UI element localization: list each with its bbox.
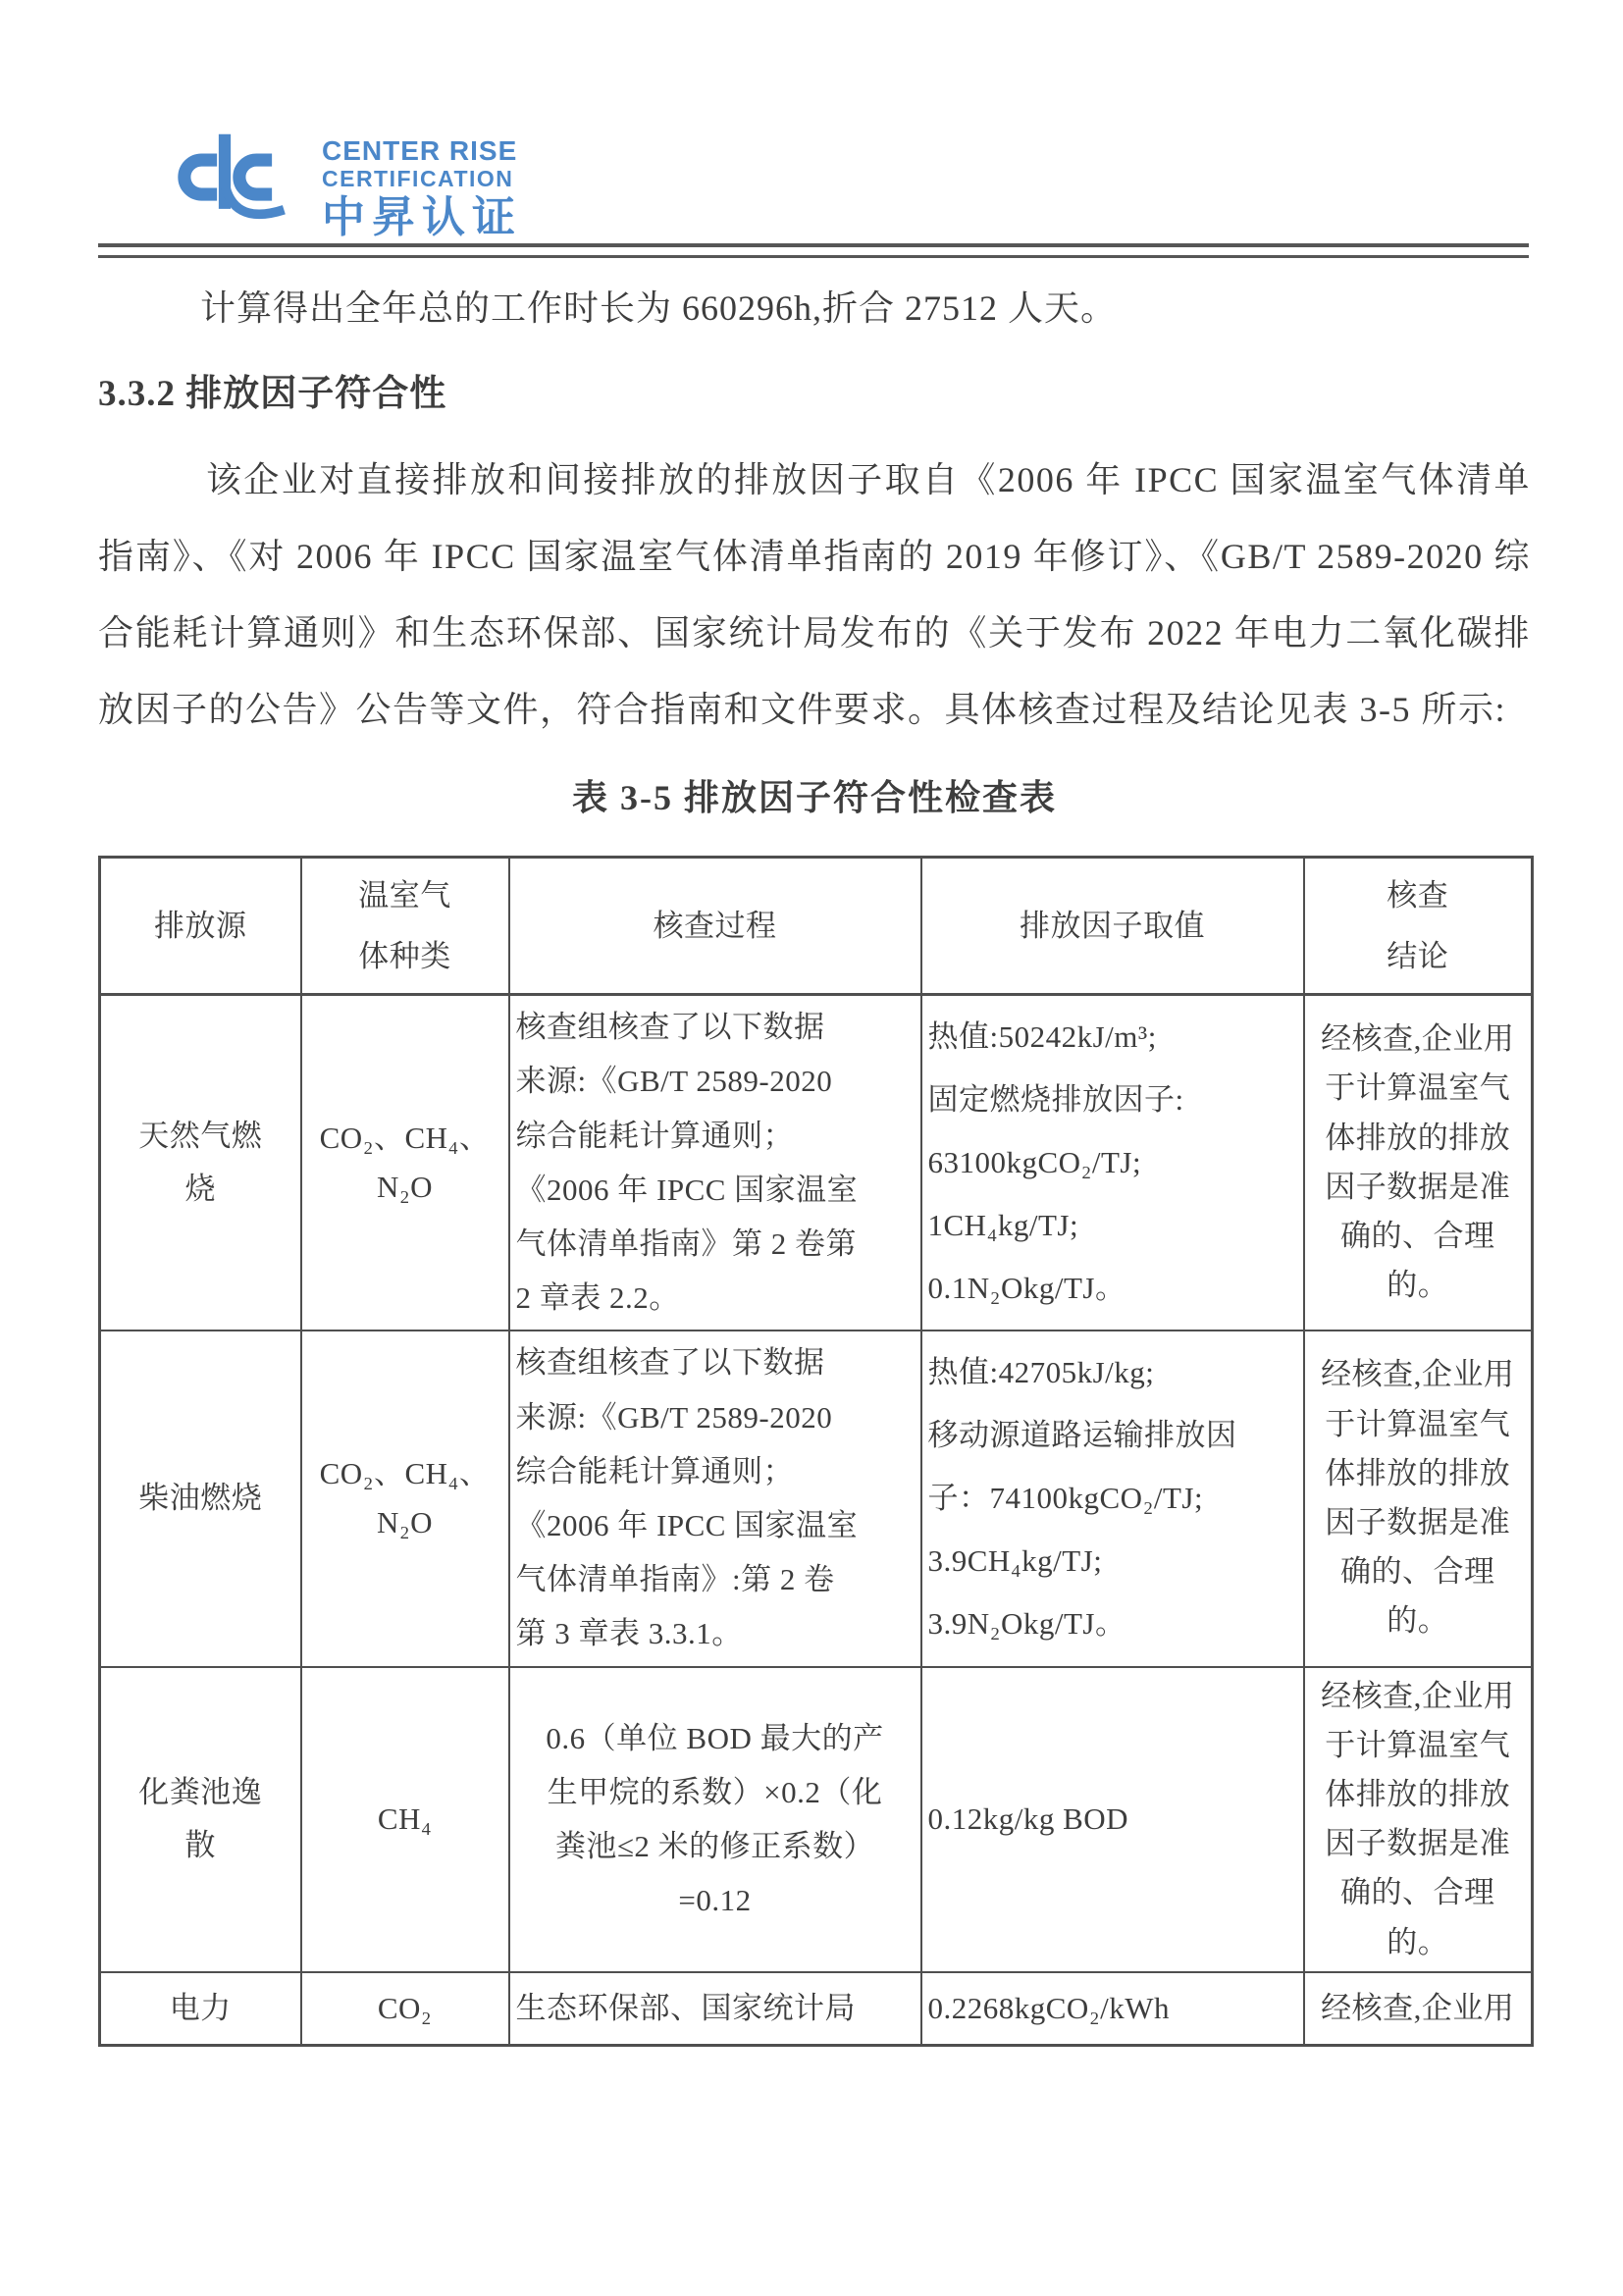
cell-factors: 热值:42705kJ/kg; 移动源道路运输排放因 子：74100kgCO₂/T… xyxy=(921,1331,1304,1667)
cell-source: 柴油燃烧 xyxy=(100,1331,301,1667)
company-logo: CENTER RISE CERTIFICATION 中昇认证 xyxy=(165,126,522,239)
logo-name-en-2: CERTIFICATION xyxy=(322,168,522,190)
table-row-diesel: 柴油燃烧 CO₂、CH₄、N₂O 核查组核查了以下数据 来源:《GB/T 258… xyxy=(100,1331,1533,1667)
logo-name-en-1: CENTER RISE xyxy=(322,137,522,165)
cell-conclusion: 经核查,企业用 于计算温室气 体排放的排放 因子数据是准 确的、合理的。 xyxy=(1304,1667,1533,1972)
page-content: 计算得出全年总的工作时长为 660296h,折合 27512 人天。 3.3.2… xyxy=(98,283,1531,2047)
cell-process: 核查组核查了以下数据 来源:《GB/T 2589-2020 综合能耗计算通则； … xyxy=(509,995,921,1331)
emission-factor-check-table: 排放源 温室气 体种类 核查过程 排放因子取值 核查 结论 天然气燃 烧 CO₂… xyxy=(98,856,1534,2047)
table-row-electricity: 电力 CO₂ 生态环保部、国家统计局 0.2268kgCO₂/kWh 经核查,企… xyxy=(100,1972,1533,2045)
cell-gas: CH₄ xyxy=(301,1667,509,1972)
header-divider xyxy=(98,243,1529,258)
header-gas: 温室气 体种类 xyxy=(301,858,509,995)
header-source: 排放源 xyxy=(100,858,301,995)
cell-conclusion: 经核查,企业用 xyxy=(1304,1972,1533,2045)
cell-gas: CO₂、CH₄、N₂O xyxy=(301,995,509,1331)
table-header-row: 排放源 温室气 体种类 核查过程 排放因子取值 核查 结论 xyxy=(100,858,1533,995)
cell-process: 核查组核查了以下数据 来源:《GB/T 2589-2020 综合能耗计算通则； … xyxy=(509,1331,921,1667)
cell-process: 0.6（单位 BOD 最大的产 生甲烷的系数）×0.2（化 粪池≤2 米的修正系… xyxy=(509,1667,921,1972)
header-process: 核查过程 xyxy=(509,858,921,995)
cell-conclusion: 经核查,企业用 于计算温室气 体排放的排放 因子数据是准 确的、合理的。 xyxy=(1304,995,1533,1331)
section-heading: 3.3.2 排放因子符合性 xyxy=(98,369,1531,420)
cell-gas: CO₂ xyxy=(301,1972,509,2045)
cell-source: 天然气燃 烧 xyxy=(100,995,301,1331)
paragraph-worktime: 计算得出全年总的工作时长为 660296h,折合 27512 人天。 xyxy=(98,283,1531,334)
header-conclusion: 核查 结论 xyxy=(1304,858,1533,995)
cell-gas: CO₂、CH₄、N₂O xyxy=(301,1331,509,1667)
document-page: CENTER RISE CERTIFICATION 中昇认证 计算得出全年总的工… xyxy=(0,0,1623,2296)
logo-name-cn: 中昇认证 xyxy=(322,196,522,239)
cell-factors: 热值:50242kJ/m³; 固定燃烧排放因子: 63100kgCO₂/TJ; … xyxy=(921,995,1304,1331)
cell-source: 电力 xyxy=(100,1972,301,2045)
header-factors: 排放因子取值 xyxy=(921,858,1304,995)
cell-conclusion: 经核查,企业用 于计算温室气 体排放的排放 因子数据是准 确的、合理的。 xyxy=(1304,1331,1533,1667)
paragraph-emission-factors: 该企业对直接排放和间接排放的排放因子取自《2006 年 IPCC 国家温室气体清… xyxy=(98,442,1531,748)
cell-source: 化粪池逸 散 xyxy=(100,1667,301,1972)
table-caption: 表 3-5 排放因子符合性检查表 xyxy=(98,773,1531,822)
cell-factors: 0.12kg/kg BOD xyxy=(921,1667,1304,1972)
crc-logo-icon xyxy=(165,126,312,229)
cell-process: 生态环保部、国家统计局 xyxy=(509,1972,921,2045)
table-row-natural-gas: 天然气燃 烧 CO₂、CH₄、N₂O 核查组核查了以下数据 来源:《GB/T 2… xyxy=(100,995,1533,1331)
table-row-septic-tank: 化粪池逸 散 CH₄ 0.6（单位 BOD 最大的产 生甲烷的系数）×0.2（化… xyxy=(100,1667,1533,1972)
logo-text-block: CENTER RISE CERTIFICATION 中昇认证 xyxy=(322,137,522,239)
cell-factors: 0.2268kgCO₂/kWh xyxy=(921,1972,1304,2045)
